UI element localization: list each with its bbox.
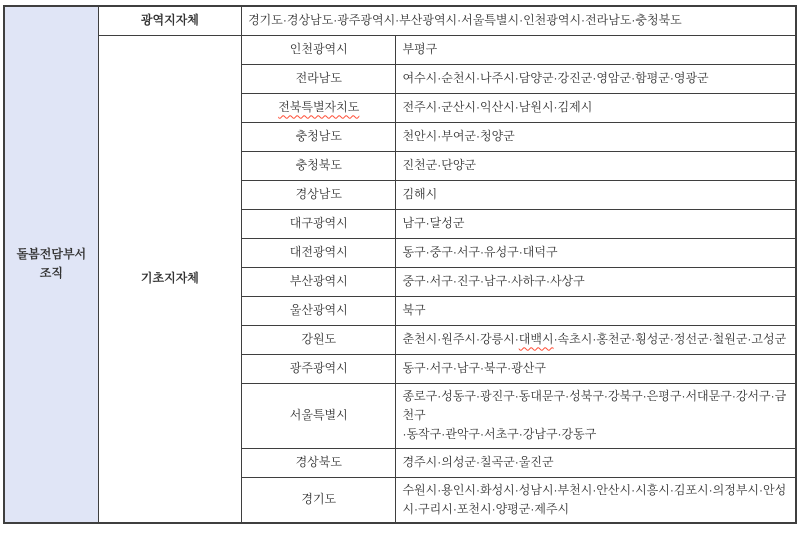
metro-level-cell: 광역지자체 xyxy=(98,6,241,36)
text-segment: 천안시·부여군·청양군 xyxy=(402,129,514,143)
region-cell: 전라남도 xyxy=(242,65,396,94)
region-cell: 전북특별자치도 xyxy=(242,94,396,123)
text-segment: 여수시·순천시·나주시·담양군·강진군·영암군·함평군·영광군 xyxy=(402,71,708,85)
region-cell: 충청남도 xyxy=(242,123,396,152)
region-cell: 대전광역시 xyxy=(242,239,396,268)
text-segment: 중구·서구·진구·남구·사하구·사상구 xyxy=(402,274,584,288)
district-line: 천안시·부여군·청양군 xyxy=(402,127,789,146)
text-segment: 남구·달성군 xyxy=(402,216,464,230)
table-row: 기초지자체인천광역시부평구 xyxy=(4,36,796,65)
text-segment: 춘천시·원주시·강릉시· xyxy=(402,332,518,346)
misspelled-text: 전북특별자치도 xyxy=(278,100,359,114)
district-cell: 여수시·순천시·나주시·담양군·강진군·영암군·함평군·영광군 xyxy=(396,65,796,94)
region-cell: 부산광역시 xyxy=(242,268,396,297)
text-segment: 김해시 xyxy=(402,187,437,201)
basic-level-cell: 기초지자체 xyxy=(98,36,241,523)
district-cell: 동구·중구·서구·유성구·대덕구 xyxy=(396,239,796,268)
text-segment: 전주시·군산시·익산시·남원시·김제시 xyxy=(402,100,592,114)
org-label-line: 돌봄전담부서 xyxy=(17,247,87,261)
district-cell: 진천군·단양군 xyxy=(396,152,796,181)
text-segment: 종로구·성동구·광진구·동대문구·성북구·강북구·은평구·서대문구·강서구·금천… xyxy=(402,389,786,422)
table-body: 돌봄전담부서조직광역지자체경기도·경상남도·광주광역시·부산광역시·서울특별시·… xyxy=(4,6,796,523)
district-line: 부평구 xyxy=(402,40,789,59)
region-cell: 인천광역시 xyxy=(242,36,396,65)
district-line: 동구·중구·서구·유성구·대덕구 xyxy=(402,243,789,262)
care-department-org-table: 돌봄전담부서조직광역지자체경기도·경상남도·광주광역시·부산광역시·서울특별시·… xyxy=(3,5,797,524)
misspelled-text: 대백시 xyxy=(519,332,554,346)
region-cell: 경상북도 xyxy=(242,448,396,477)
district-line: 북구 xyxy=(402,301,789,320)
district-line: 중구·서구·진구·남구·사하구·사상구 xyxy=(402,272,789,291)
district-cell: 경주시·의성군·칠곡군·울진군 xyxy=(396,448,796,477)
district-line: 진천군·단양군 xyxy=(402,156,789,175)
district-cell: 북구 xyxy=(396,297,796,326)
region-cell: 강원도 xyxy=(242,326,396,355)
district-cell: 남구·달성군 xyxy=(396,210,796,239)
district-cell: 동구·서구·남구·북구·광산구 xyxy=(396,355,796,384)
text-segment: 진천군·단양군 xyxy=(402,158,476,172)
district-line: 종로구·성동구·광진구·동대문구·성북구·강북구·은평구·서대문구·강서구·금천… xyxy=(402,387,789,425)
district-cell: 전주시·군산시·익산시·남원시·김제시 xyxy=(396,94,796,123)
org-cell: 돌봄전담부서조직 xyxy=(4,6,98,523)
region-cell: 대구광역시 xyxy=(242,210,396,239)
text-segment: 동구·서구·남구·북구·광산구 xyxy=(402,361,546,375)
table-row: 돌봄전담부서조직광역지자체경기도·경상남도·광주광역시·부산광역시·서울특별시·… xyxy=(4,6,796,36)
org-label-line: 조직 xyxy=(40,266,63,280)
district-line: 동구·서구·남구·북구·광산구 xyxy=(402,359,789,378)
district-line: ·동작구·관악구·서초구·강남구·강동구 xyxy=(402,425,789,444)
district-line: 전주시·군산시·익산시·남원시·김제시 xyxy=(402,98,789,117)
metro-content-cell: 경기도·경상남도·광주광역시·부산광역시·서울특별시·인천광역시·전라남도·충청… xyxy=(242,6,796,36)
region-cell: 울산광역시 xyxy=(242,297,396,326)
district-cell: 부평구 xyxy=(396,36,796,65)
region-cell: 경기도 xyxy=(242,477,396,523)
district-cell: 중구·서구·진구·남구·사하구·사상구 xyxy=(396,268,796,297)
region-cell: 광주광역시 xyxy=(242,355,396,384)
district-cell: 종로구·성동구·광진구·동대문구·성북구·강북구·은평구·서대문구·강서구·금천… xyxy=(396,384,796,449)
text-segment: ·동작구·관악구·서초구·강남구·강동구 xyxy=(402,427,596,441)
district-cell: 수원시·용인시·화성시·성남시·부천시·안산시·시흥시·김포시·의정부시·안성시… xyxy=(396,477,796,523)
district-line: 남구·달성군 xyxy=(402,214,789,233)
text-segment: 동구·중구·서구·유성구·대덕구 xyxy=(402,245,557,259)
district-cell: 김해시 xyxy=(396,181,796,210)
text-segment: 경주시·의성군·칠곡군·울진군 xyxy=(402,455,553,469)
district-line: 경주시·의성군·칠곡군·울진군 xyxy=(402,453,789,472)
district-line: 수원시·용인시·화성시·성남시·부천시·안산시·시흥시·김포시·의정부시·안성시… xyxy=(402,481,789,519)
text-segment: ·속초시·홍천군·횡성군·정선군·철원군·고성군 xyxy=(554,332,787,346)
region-cell: 서울특별시 xyxy=(242,384,396,449)
district-cell: 천안시·부여군·청양군 xyxy=(396,123,796,152)
district-line: 춘천시·원주시·강릉시·대백시·속초시·홍천군·횡성군·정선군·철원군·고성군 xyxy=(402,330,789,349)
text-segment: 북구 xyxy=(402,303,425,317)
district-line: 여수시·순천시·나주시·담양군·강진군·영암군·함평군·영광군 xyxy=(402,69,789,88)
district-cell: 춘천시·원주시·강릉시·대백시·속초시·홍천군·횡성군·정선군·철원군·고성군 xyxy=(396,326,796,355)
district-line: 김해시 xyxy=(402,185,789,204)
region-cell: 경상남도 xyxy=(242,181,396,210)
text-segment: 부평구 xyxy=(402,42,437,56)
region-cell: 충청북도 xyxy=(242,152,396,181)
text-segment: 수원시·용인시·화성시·성남시·부천시·안산시·시흥시·김포시·의정부시·안성시… xyxy=(402,483,786,516)
